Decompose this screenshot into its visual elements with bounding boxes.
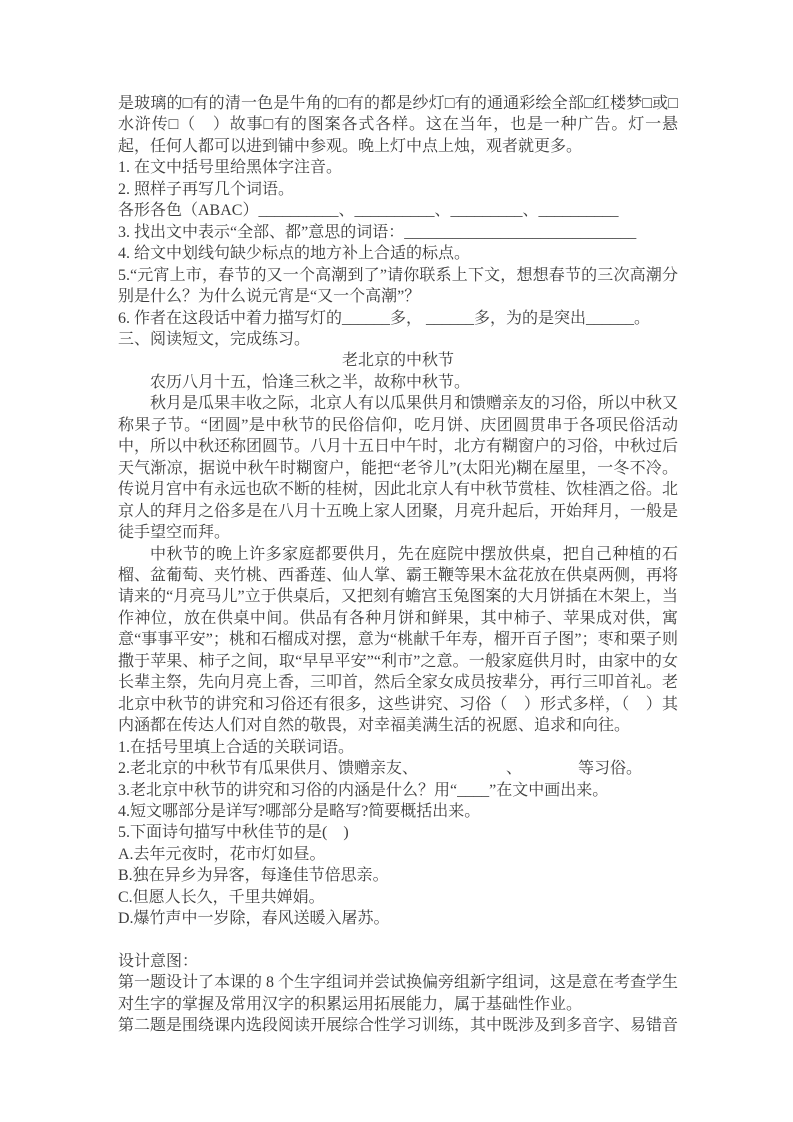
reading-question-3: 3.老北京中秋节的讲究和习俗的内涵是什么？用“____”在文中画出来。 <box>118 780 678 801</box>
option-d: D.爆竹声中一岁除，春风送暖入屠苏。 <box>118 908 678 929</box>
option-b: B.独在异乡为异客，每逢佳节倍思亲。 <box>118 865 678 886</box>
question-2: 2. 照样子再写几个词语。 <box>118 179 678 200</box>
question-1: 1. 在文中括号里给黑体字注音。 <box>118 157 678 178</box>
question-4: 4. 给文中划线句缺少标点的地方补上合适的标点。 <box>118 243 678 264</box>
reading-question-2: 2.老北京的中秋节有瓜果供月、馈赠亲友、 、 等习俗。 <box>118 758 678 779</box>
design-intent-paragraph-2: 第二题是围绕课内选段阅读开展综合性学习训练，其中既涉及到多音字、易错音 <box>118 1015 678 1036</box>
passage-paragraph-1: 农历八月十五，恰逢三秋之半，故称中秋节。 <box>118 372 678 393</box>
option-c: C.但愿人长久，千里共婵娟。 <box>118 887 678 908</box>
question-2-abac-blanks: 各形各色（ABAC）__________、__________、________… <box>118 200 678 221</box>
design-intent-label: 设计意图： <box>118 951 678 972</box>
passage-title: 老北京的中秋节 <box>118 350 678 371</box>
question-3: 3. 找出文中表示“全部、都”意思的词语：___________________… <box>118 222 678 243</box>
design-intent-paragraph-1: 第一题设计了本课的 8 个生字组词并尝试换偏旁组新字组词，这是意在考查学生对生字… <box>118 972 678 1015</box>
passage-paragraph-3: 中秋节的晚上许多家庭都要供月，先在庭院中摆放供桌，把自己种植的石榴、盆葡萄、夹竹… <box>118 544 678 737</box>
section-three-heading: 三、阅读短文，完成练习。 <box>118 329 678 350</box>
document-page: 是玻璃的□有的清一色是牛角的□有的都是纱灯□有的通通彩绘全部□红楼梦□或□水浒传… <box>0 0 793 1122</box>
blank-line <box>118 930 678 951</box>
question-5: 5.“元宵上市，春节的又一个高潮到了”请你联系上下文，想想春节的三次高潮分别是什… <box>118 265 678 308</box>
reading-question-5: 5.下面诗句描写中秋佳节的是( ) <box>118 822 678 843</box>
option-a: A.去年元夜时，花市灯如昼。 <box>118 844 678 865</box>
reading-question-4: 4.短文哪部分是详写?哪部分是略写?简要概括出来。 <box>118 801 678 822</box>
reading-question-1: 1.在括号里填上合适的关联词语。 <box>118 737 678 758</box>
question-6: 6. 作者在这段话中着力描写灯的______多， ______多，为的是突出__… <box>118 308 678 329</box>
intro-paragraph: 是玻璃的□有的清一色是牛角的□有的都是纱灯□有的通通彩绘全部□红楼梦□或□水浒传… <box>118 93 678 157</box>
passage-paragraph-2: 秋月是瓜果丰收之际，北京人有以瓜果供月和馈赠亲友的习俗，所以中秋又称果子节。“团… <box>118 393 678 543</box>
